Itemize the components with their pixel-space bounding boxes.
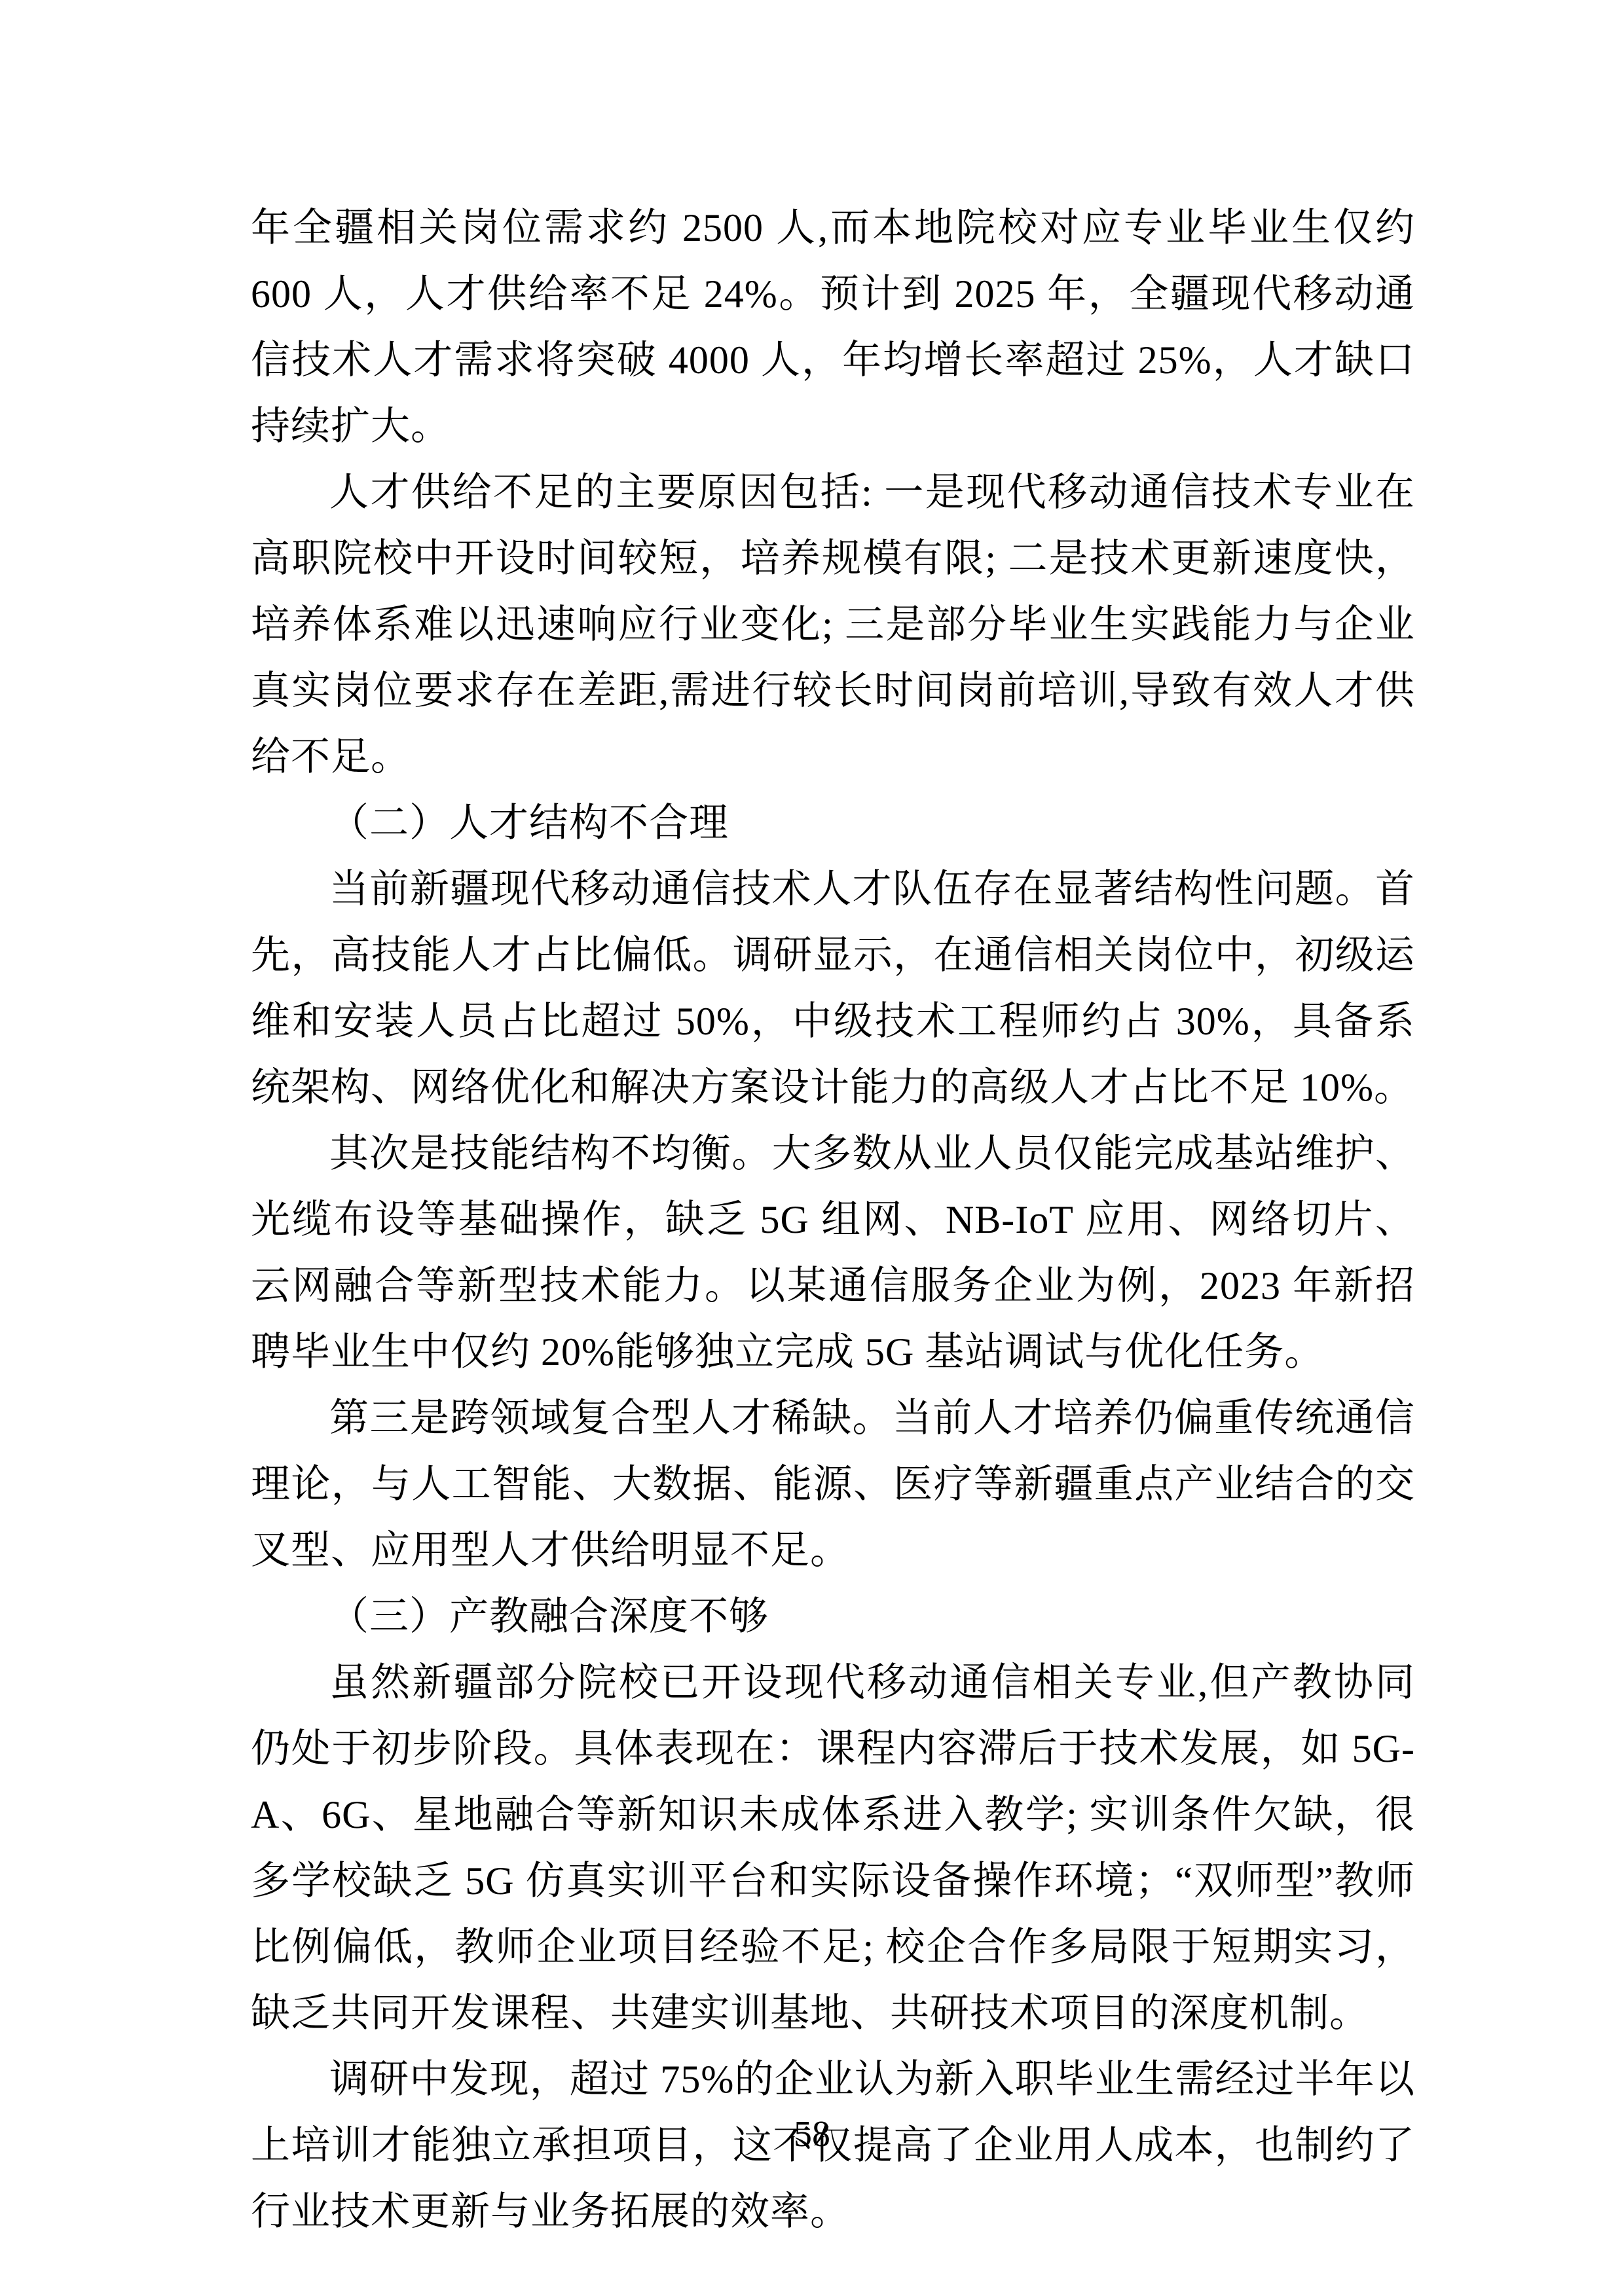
paragraph: 当前新疆现代移动通信技术人才队伍存在显著结构性问题。首先，高技能人才占比偏低。调…	[251, 856, 1415, 1121]
document-body: 年全疆相关岗位需求约 2500 人,而本地院校对应专业毕业生仅约 600 人，人…	[251, 195, 1415, 2245]
section-heading: （三）产教融合深度不够	[251, 1584, 1415, 1650]
section-heading: （二）人才结构不合理	[251, 790, 1415, 856]
paragraph: 第三是跨领域复合型人才稀缺。当前人才培养仍偏重传统通信理论，与人工智能、大数据、…	[251, 1385, 1415, 1584]
page-number: 58	[794, 2114, 830, 2155]
paragraph: 其次是技能结构不均衡。大多数从业人员仅能完成基站维护、光缆布设等基础操作，缺乏 …	[251, 1121, 1415, 1385]
page-footer: 58	[0, 2113, 1624, 2155]
paragraph: 人才供给不足的主要原因包括: 一是现代移动通信技术专业在高职院校中开设时间较短，…	[251, 460, 1415, 790]
paragraph: 虽然新疆部分院校已开设现代移动通信相关专业,但产教协同仍处于初步阶段。具体表现在…	[251, 1650, 1415, 2047]
document-page: 年全疆相关岗位需求约 2500 人,而本地院校对应专业毕业生仅约 600 人，人…	[0, 0, 1624, 2296]
paragraph: 年全疆相关岗位需求约 2500 人,而本地院校对应专业毕业生仅约 600 人，人…	[251, 195, 1415, 460]
